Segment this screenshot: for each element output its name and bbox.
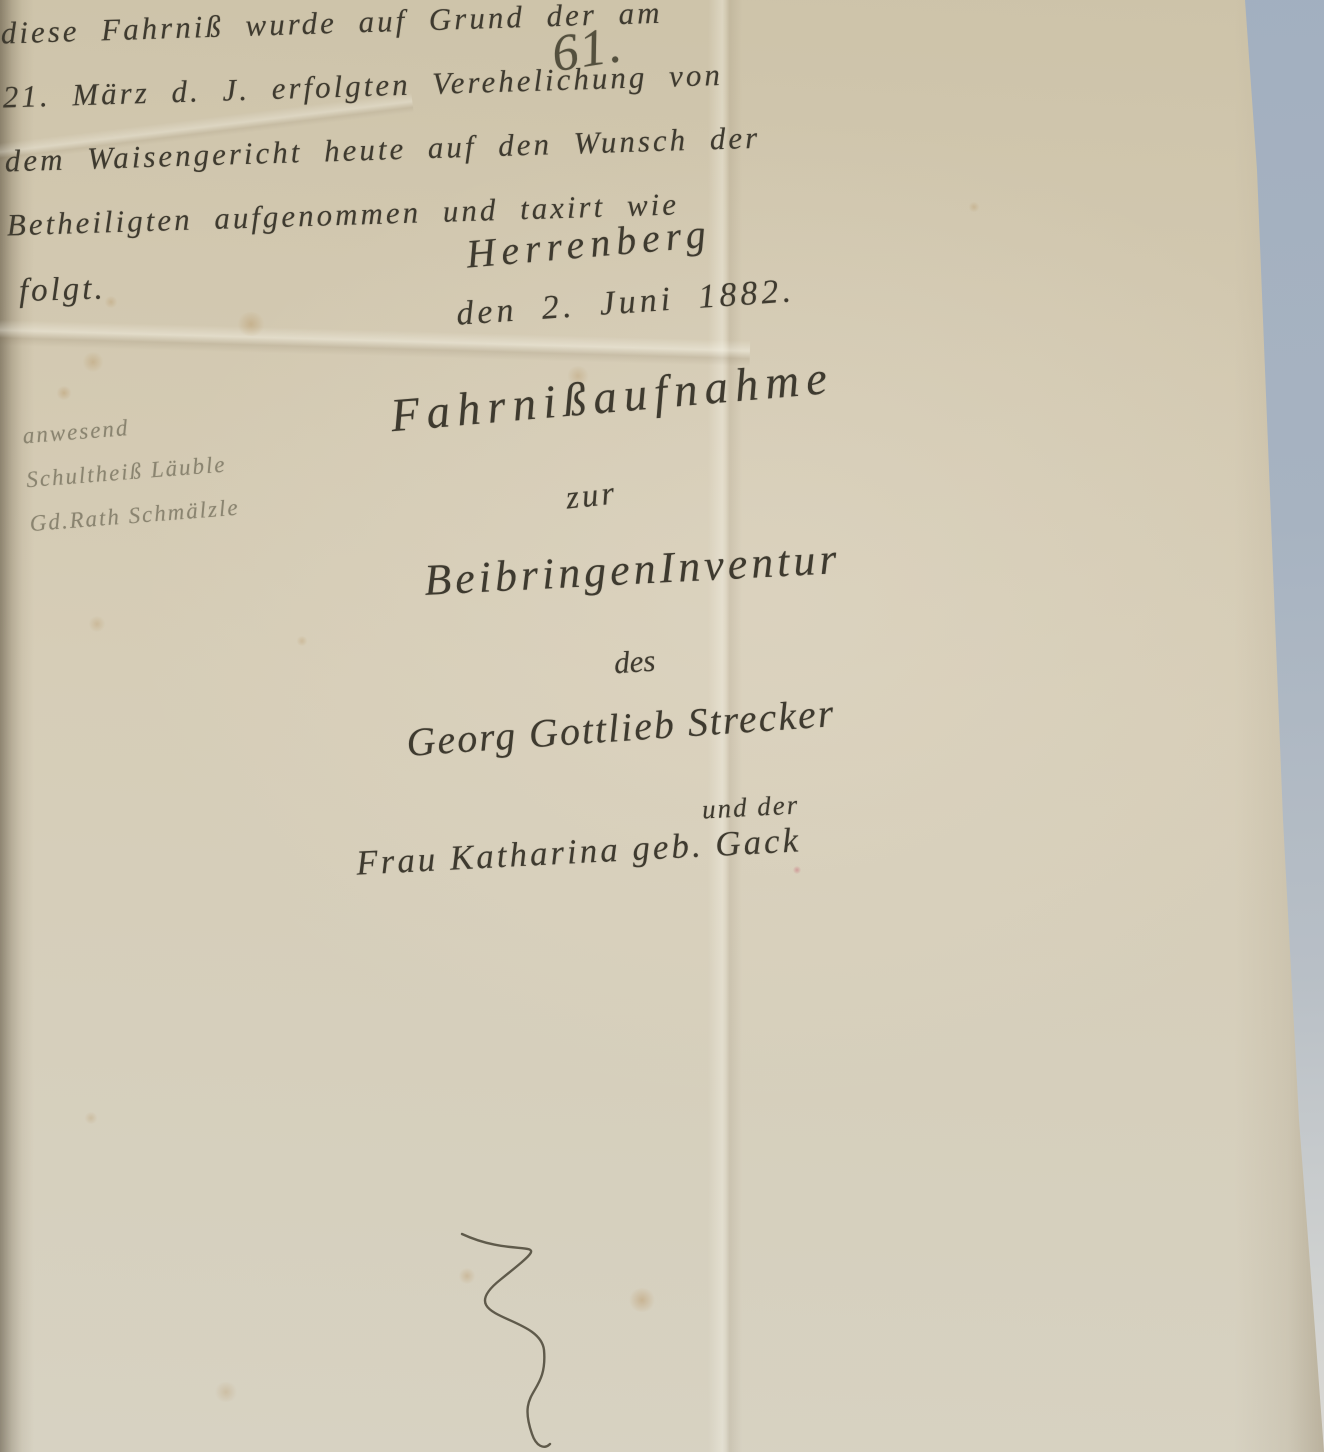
ink-speck [793, 866, 801, 874]
document-title: Fahrnißaufnahme [388, 351, 835, 444]
foxing-spot [968, 202, 980, 212]
body-line: folgt. [18, 270, 106, 310]
word-des: des [613, 643, 657, 682]
foxing-spot [56, 386, 72, 400]
foxing-spot [84, 1112, 98, 1124]
foxing-spot [88, 616, 106, 632]
body-line: dem Waisengericht heute auf den Wunsch d… [4, 120, 760, 180]
photographed-document: 61. Herrenberg den 2. Juni 1882. Fahrniß… [0, 0, 1324, 1452]
horizontal-fold-crease [0, 319, 750, 366]
paper-sheet: 61. Herrenberg den 2. Juni 1882. Fahrniß… [0, 0, 1324, 1452]
pen-flourish [432, 1228, 652, 1452]
name-husband: Georg Gottlieb Strecker [405, 689, 837, 766]
foxing-spot [214, 1382, 238, 1402]
foxing-spot [236, 312, 266, 336]
subtitle-inventur: BeibringenInventur [423, 533, 842, 606]
dateline-date: den 2. Juni 1882. [455, 272, 796, 334]
foxing-spot [296, 636, 308, 646]
name-wife: Frau Katharina geb. Gack [355, 820, 802, 883]
subtitle-zur: zur [564, 475, 619, 517]
body-line: 21. März d. J. erfolgten Verehelichung v… [2, 57, 723, 116]
foxing-spot [82, 352, 104, 372]
margin-note: anwesend Schultheiß Läuble Gd.Rath Schmä… [21, 398, 241, 546]
body-paragraph: diese Fahrniß wurde auf Grund der am 21.… [0, 0, 990, 16]
